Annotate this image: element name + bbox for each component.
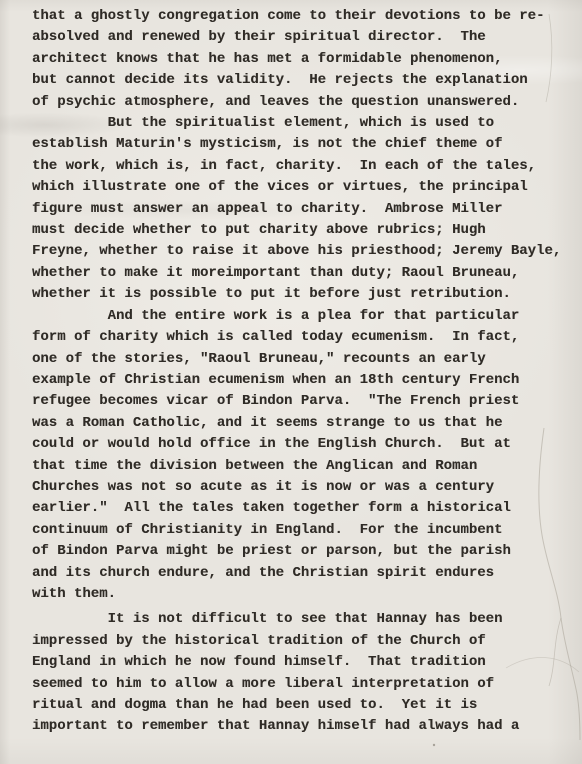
page-text: that a ghostly congregation come to thei…	[32, 6, 561, 738]
paragraph-ecumenism: And the entire work is a plea for that p…	[32, 306, 561, 606]
paragraph-continuation: that a ghostly congregation come to thei…	[32, 6, 561, 113]
paragraph-hannay-tradition: It is not difficult to see that Hannay h…	[32, 609, 561, 737]
typewritten-page: that a ghostly congregation come to thei…	[0, 0, 582, 764]
paragraph-spiritualist-element: But the spiritualist element, which is u…	[32, 113, 561, 306]
ink-speck	[433, 744, 435, 746]
